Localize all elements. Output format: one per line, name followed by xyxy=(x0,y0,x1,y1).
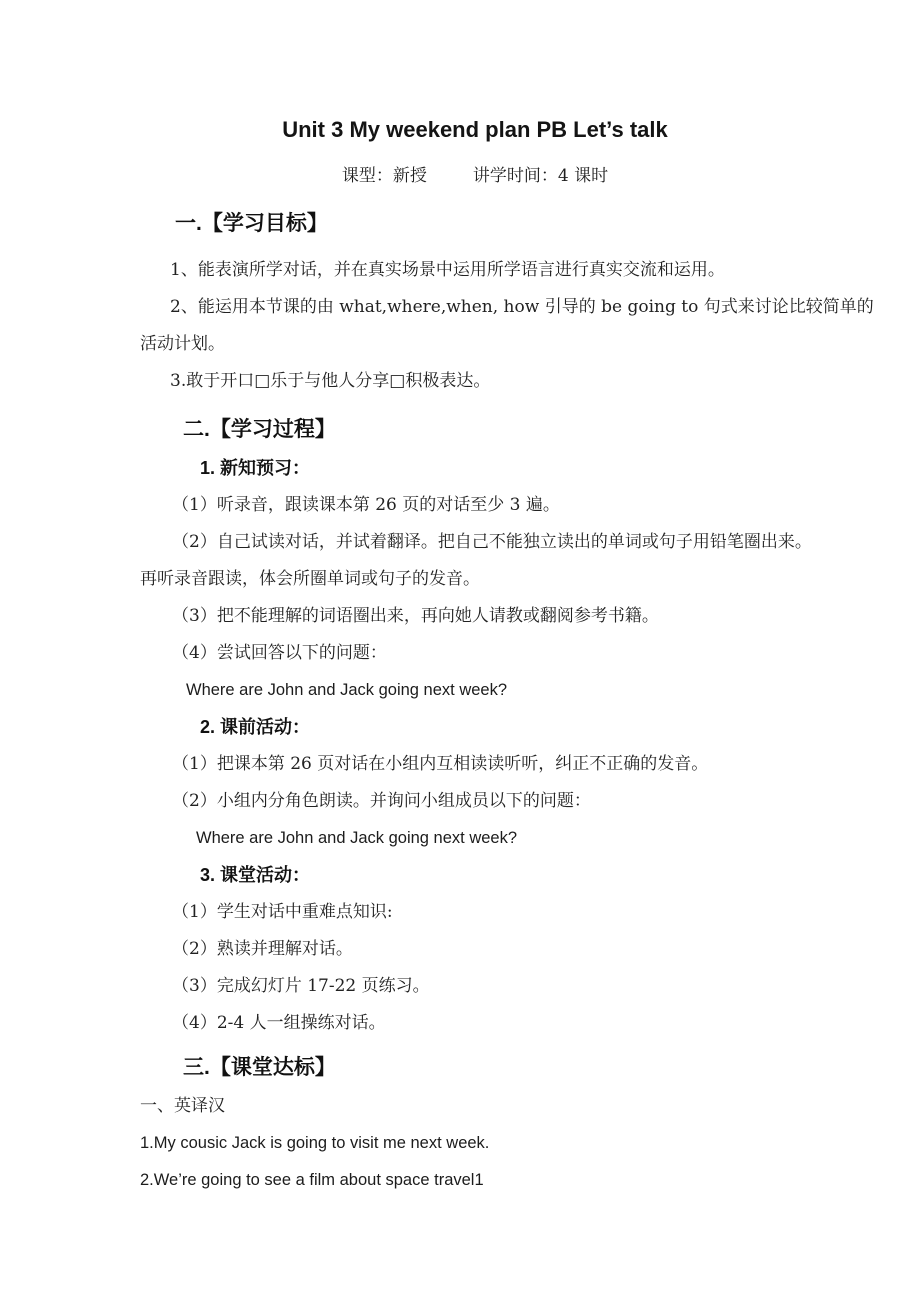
section-goals-heading: 一.【学习目标】 xyxy=(175,204,810,244)
subsection-preview-heading: 1. 新知预习： xyxy=(200,450,810,487)
teaching-time-label: 讲学时间：4 课时 xyxy=(473,156,608,196)
in-class-step-1: （1）学生对话中重难点知识: xyxy=(172,894,810,931)
section-assessment-heading: 三.【课堂达标】 xyxy=(183,1048,810,1088)
section-process-heading: 二.【学习过程】 xyxy=(183,410,810,450)
document-title: Unit 3 My weekend plan PB Let’s talk xyxy=(140,110,810,150)
in-class-step-3: （3）完成幻灯片 17-22 页练习。 xyxy=(172,968,810,1005)
translation-item-2: 2.We’re going to see a film about space … xyxy=(140,1162,810,1199)
in-class-step-2: （2）熟读并理解对话。 xyxy=(172,931,810,968)
goal-item-3: 3.敢于开口□乐于与他人分享□积极表达。 xyxy=(170,363,810,400)
exercise-title: 一、英译汉 xyxy=(140,1088,810,1125)
subsection-pre-class-heading: 2. 课前活动： xyxy=(200,709,810,746)
course-type-label: 课型：新授 xyxy=(342,156,427,196)
preview-step-2-line-1: （2）自己试读对话，并试着翻译。把自己不能独立读出的单词或句子用铅笔圈出来。 xyxy=(172,524,810,561)
document-page: Unit 3 My weekend plan PB Let’s talk 课型：… xyxy=(0,0,920,1302)
preview-step-2-line-2: 再听录音跟读，体会所圈单词或句子的发音。 xyxy=(140,561,810,598)
preview-step-4: （4）尝试回答以下的问题： xyxy=(172,635,810,672)
pre-class-step-1: （1）把课本第 26 页对话在小组内互相读读听听，纠正不正确的发音。 xyxy=(172,746,810,783)
pre-class-question: Where are John and Jack going next week? xyxy=(196,820,810,857)
goal-item-2-line-2: 活动计划。 xyxy=(140,326,810,363)
course-meta-line: 课型：新授 讲学时间：4 课时 xyxy=(140,156,810,196)
goal-item-1: 1、能表演所学对话，并在真实场景中运用所学语言进行真实交流和运用。 xyxy=(170,252,810,289)
preview-step-3: （3）把不能理解的词语圈出来，再向她人请教或翻阅参考书籍。 xyxy=(172,598,810,635)
pre-class-step-2: （2）小组内分角色朗读。并询问小组成员以下的问题： xyxy=(172,783,810,820)
preview-step-1: （1）听录音，跟读课本第 26 页的对话至少 3 遍。 xyxy=(172,487,810,524)
goal-item-2-line-1: 2、能运用本节课的由 what,where,when, how 引导的 be g… xyxy=(170,289,810,326)
document-content: Unit 3 My weekend plan PB Let’s talk 课型：… xyxy=(0,0,920,1199)
preview-question: Where are John and Jack going next week? xyxy=(186,672,810,709)
subsection-in-class-heading: 3. 课堂活动： xyxy=(200,857,810,894)
in-class-step-4: （4）2-4 人一组操练对话。 xyxy=(172,1005,810,1042)
translation-item-1: 1.My cousic Jack is going to visit me ne… xyxy=(140,1125,810,1162)
